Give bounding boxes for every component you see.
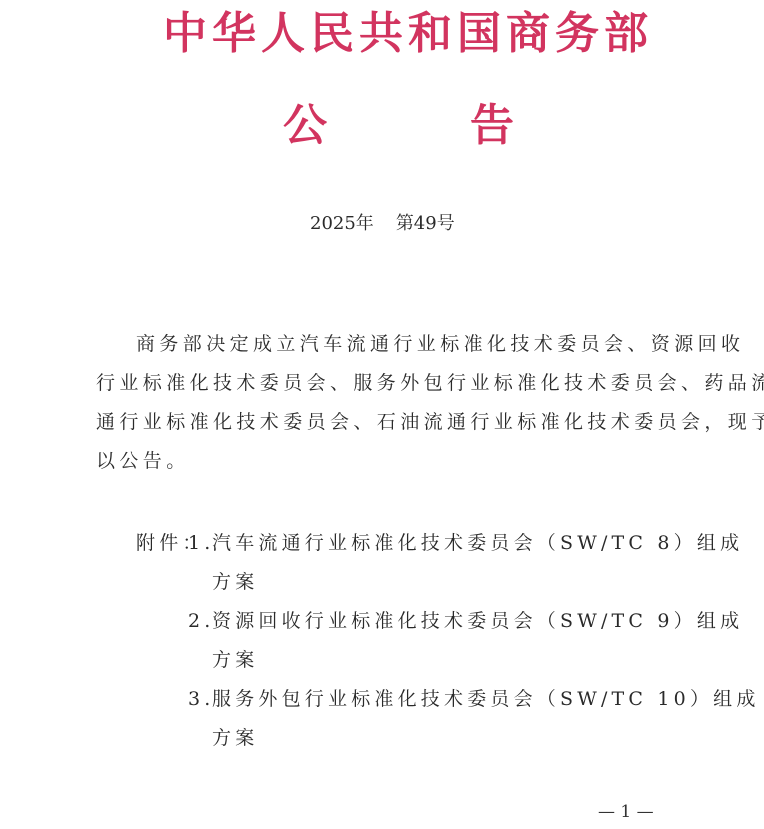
announcement-title-char-2: 告 (470, 98, 514, 154)
body-paragraph-line-4: 以公告。 (96, 447, 696, 475)
attachment-3-index: 3. (188, 685, 215, 713)
body-paragraph-line-3: 通行业标准化技术委员会、石油流通行业标准化技术委员会，现予 (96, 408, 696, 436)
page-number: — 1 — (598, 800, 654, 824)
attachment-2-title-cont: 方案 (212, 646, 258, 674)
attachment-2-title: 资源回收行业标准化技术委员会（SW/TC 9）组成 (212, 607, 743, 635)
document-serial: 第49号 (396, 213, 455, 234)
announcement-title-char-1: 公 (283, 98, 327, 154)
attachment-2-index: 2. (188, 607, 215, 635)
document-number: 2025年第49号 (310, 210, 455, 238)
document-year: 2025年 (310, 213, 374, 234)
attachment-3-title: 服务外包行业标准化技术委员会（SW/TC 10）组成 (212, 685, 760, 713)
body-paragraph-line-1: 商务部决定成立汽车流通行业标准化技术委员会、资源回收 (136, 330, 736, 358)
attachment-1-index: 1. (188, 529, 215, 557)
body-paragraph-line-2: 行业标准化技术委员会、服务外包行业标准化技术委员会、药品流 (96, 369, 696, 397)
attachment-3-title-cont: 方案 (212, 724, 258, 752)
attachment-1-title-cont: 方案 (212, 568, 258, 596)
attachment-1-title: 汽车流通行业标准化技术委员会（SW/TC 8）组成 (212, 529, 743, 557)
issuer-header: 中华人民共和国商务部 (163, 6, 633, 62)
